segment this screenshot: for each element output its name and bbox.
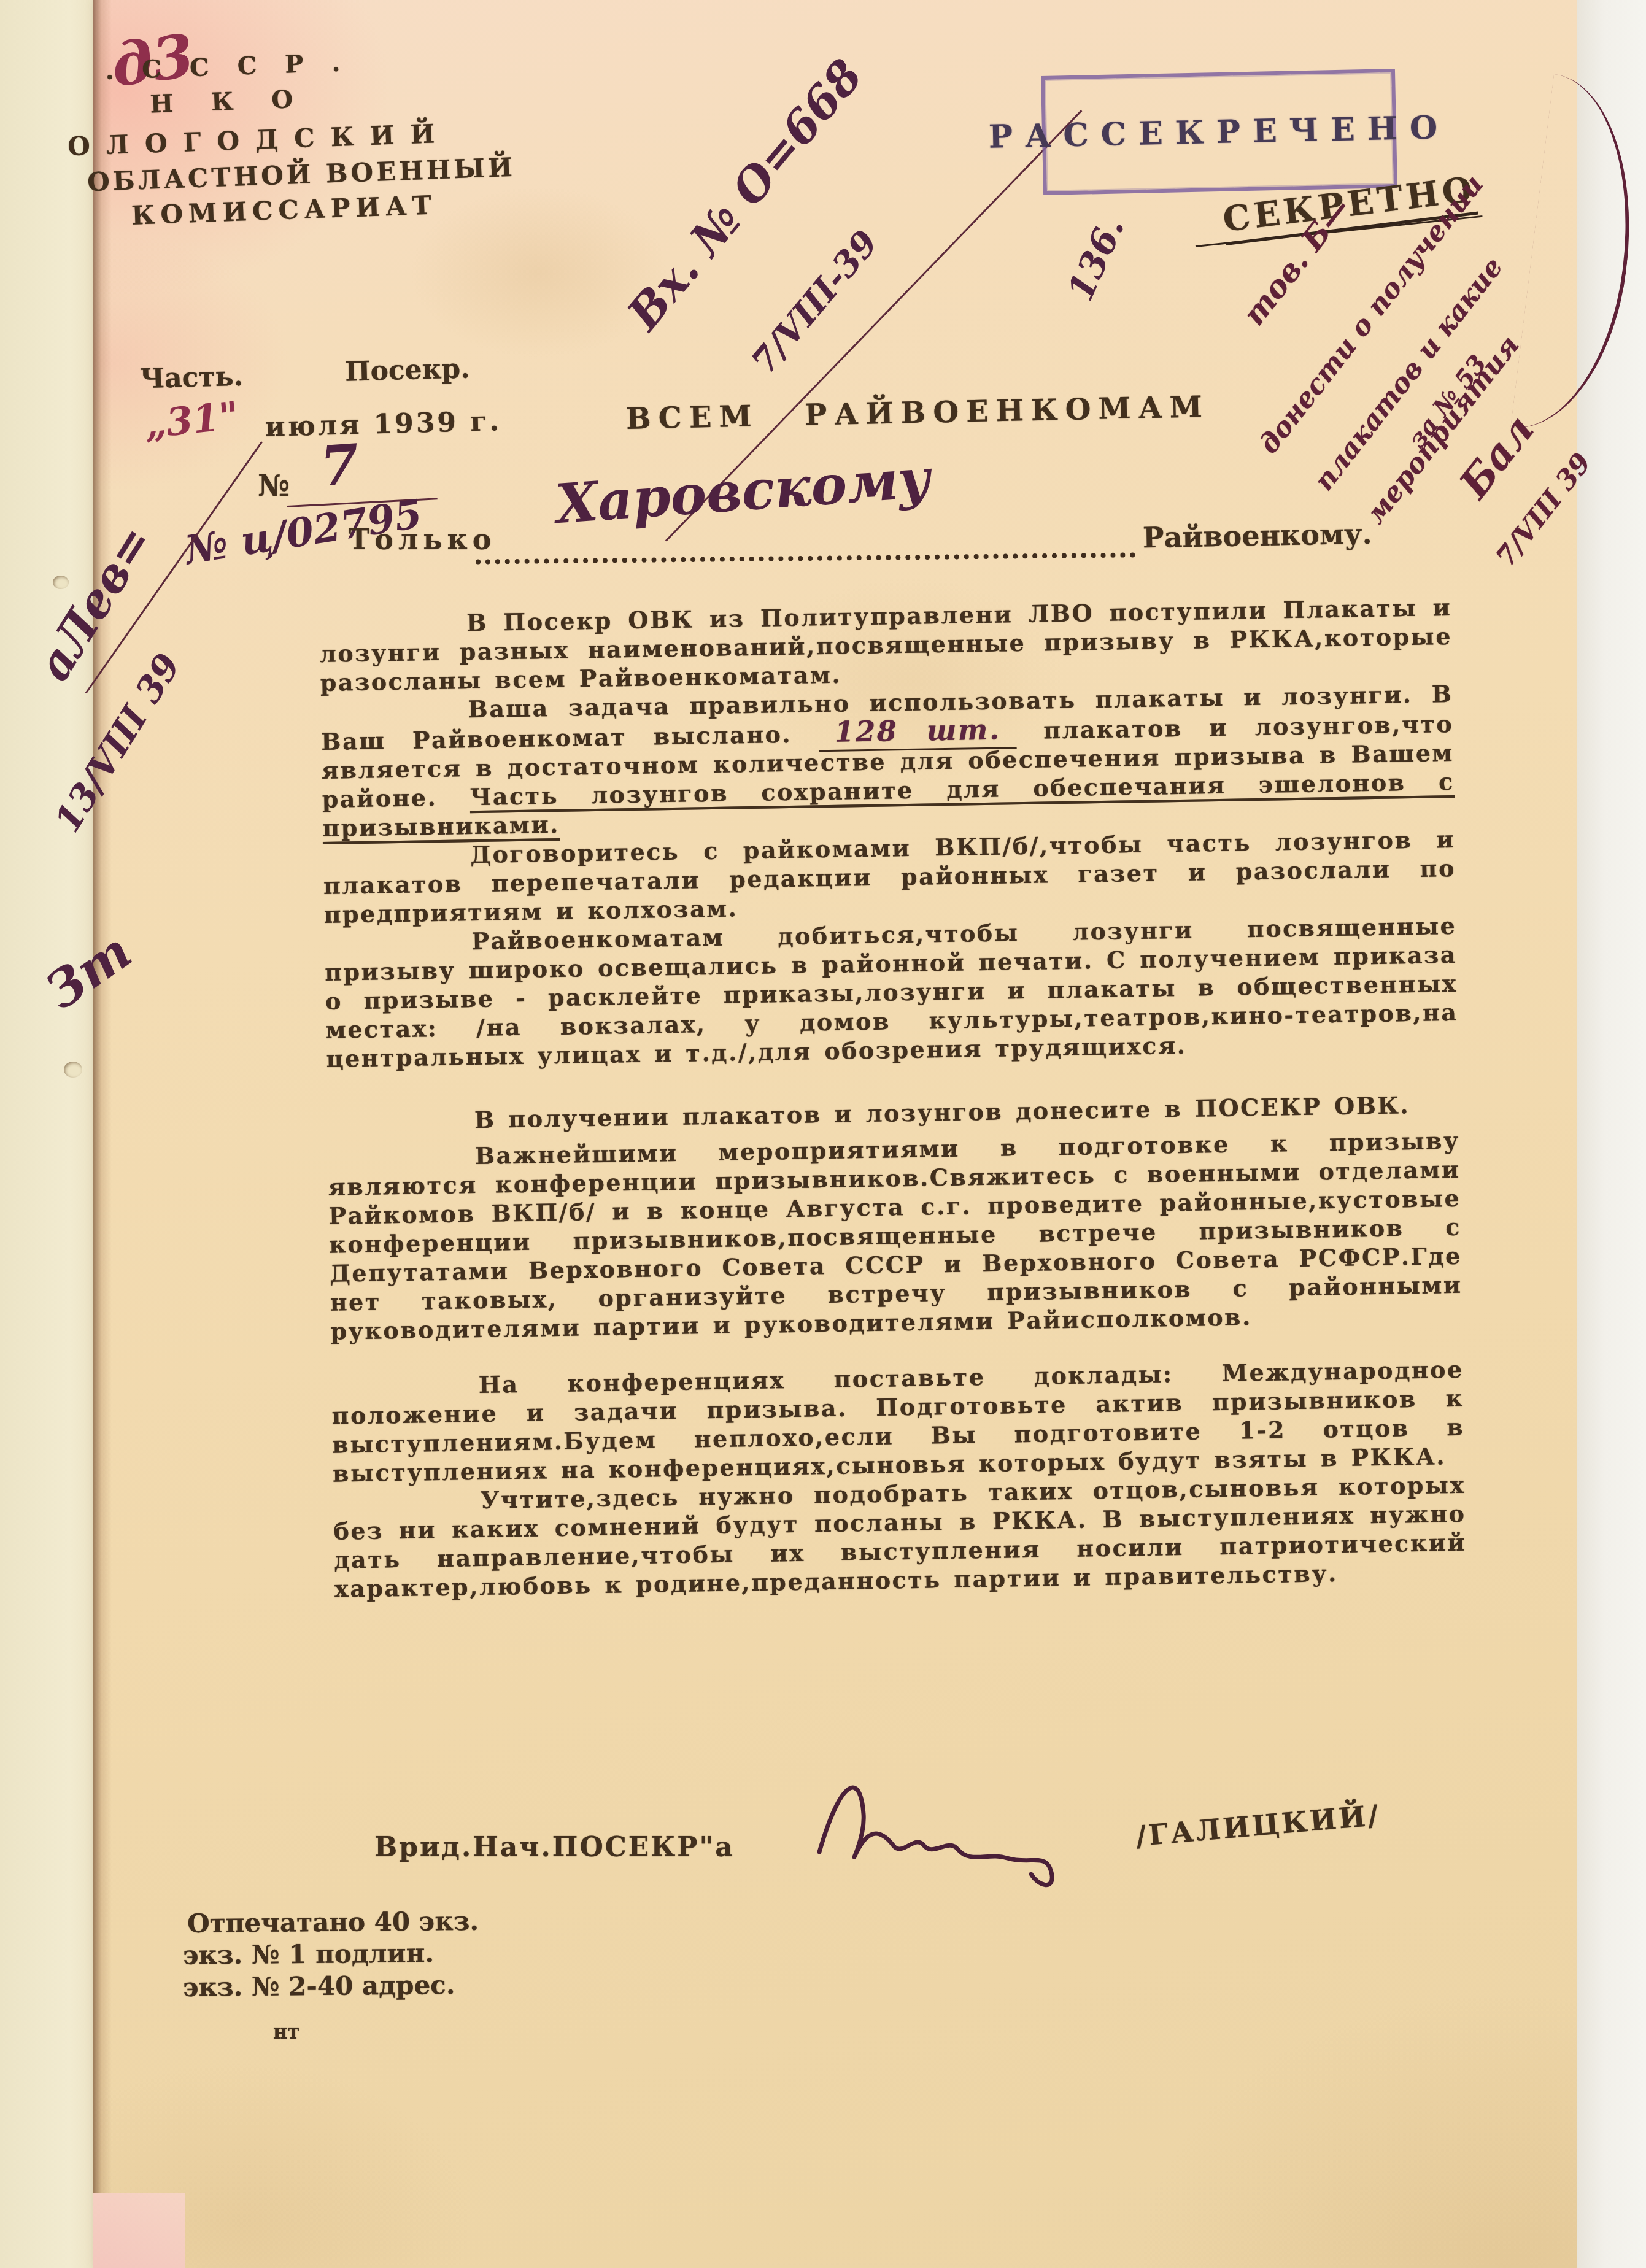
- number-sign: №: [258, 469, 290, 503]
- handwritten-number: 7: [318, 432, 361, 499]
- punch-hole: [53, 576, 69, 589]
- typist-initials: нт: [273, 2020, 299, 2043]
- footer-copies: Отпечатано 40 экз.: [187, 1906, 479, 1938]
- scanned-document: д3 . С С С Р . Н К О ОЛОГОДСКИЙ ОБЛАСТНО…: [0, 0, 1646, 2268]
- paragraph: Важнейшими мероприятиями в подготовке к …: [328, 1126, 1463, 1346]
- letterhead-military: ОБЛАСТНОЙ ВОЕННЫЙ: [87, 157, 376, 197]
- addressee-role: Райвоенкому.: [1143, 517, 1372, 555]
- letterhead-nko: Н К О: [84, 82, 373, 121]
- footer-addresses: экз. № 2-40 адрес.: [183, 1970, 455, 2002]
- body-text: В Посекр ОВК из Политуправлени ЛВО посту…: [319, 593, 1467, 1603]
- only-label: Только: [349, 523, 496, 556]
- dept-label: Посекр.: [344, 353, 470, 387]
- typed-date: июля 1939 г.: [265, 406, 501, 443]
- signer-title: Врид.Нач.ПОСЕКР"а: [374, 1832, 735, 1863]
- punch-hole: [64, 1062, 82, 1078]
- spine-shadow: [93, 0, 112, 2268]
- pink-underlay-corner: [93, 2193, 185, 2268]
- declassified-stamp: РАССЕКРЕЧЕНО: [1041, 69, 1397, 195]
- declassified-stamp-text: РАССЕКРЕЧЕНО: [988, 109, 1450, 156]
- signature-handwritten: [804, 1760, 1068, 1895]
- paragraph: Райвоенкоматам добиться,чтобы лозунги по…: [324, 911, 1458, 1073]
- part-label: Часть.: [139, 361, 243, 395]
- letterhead-oblast: ОЛОГОДСКИЙ: [67, 121, 374, 161]
- footer-original: экз. № 1 подлин.: [183, 1938, 434, 1970]
- letterhead: . С С С Р . Н К О ОЛОГОДСКИЙ ОБЛАСТНОЙ В…: [83, 47, 377, 232]
- paragraph: Учтите,здесь нужно подобрать таких отцов…: [333, 1470, 1467, 1603]
- paragraph: Ваша задача правильно использовать плака…: [320, 679, 1455, 843]
- paragraph: На конференциях поставьте доклады: Между…: [331, 1355, 1466, 1488]
